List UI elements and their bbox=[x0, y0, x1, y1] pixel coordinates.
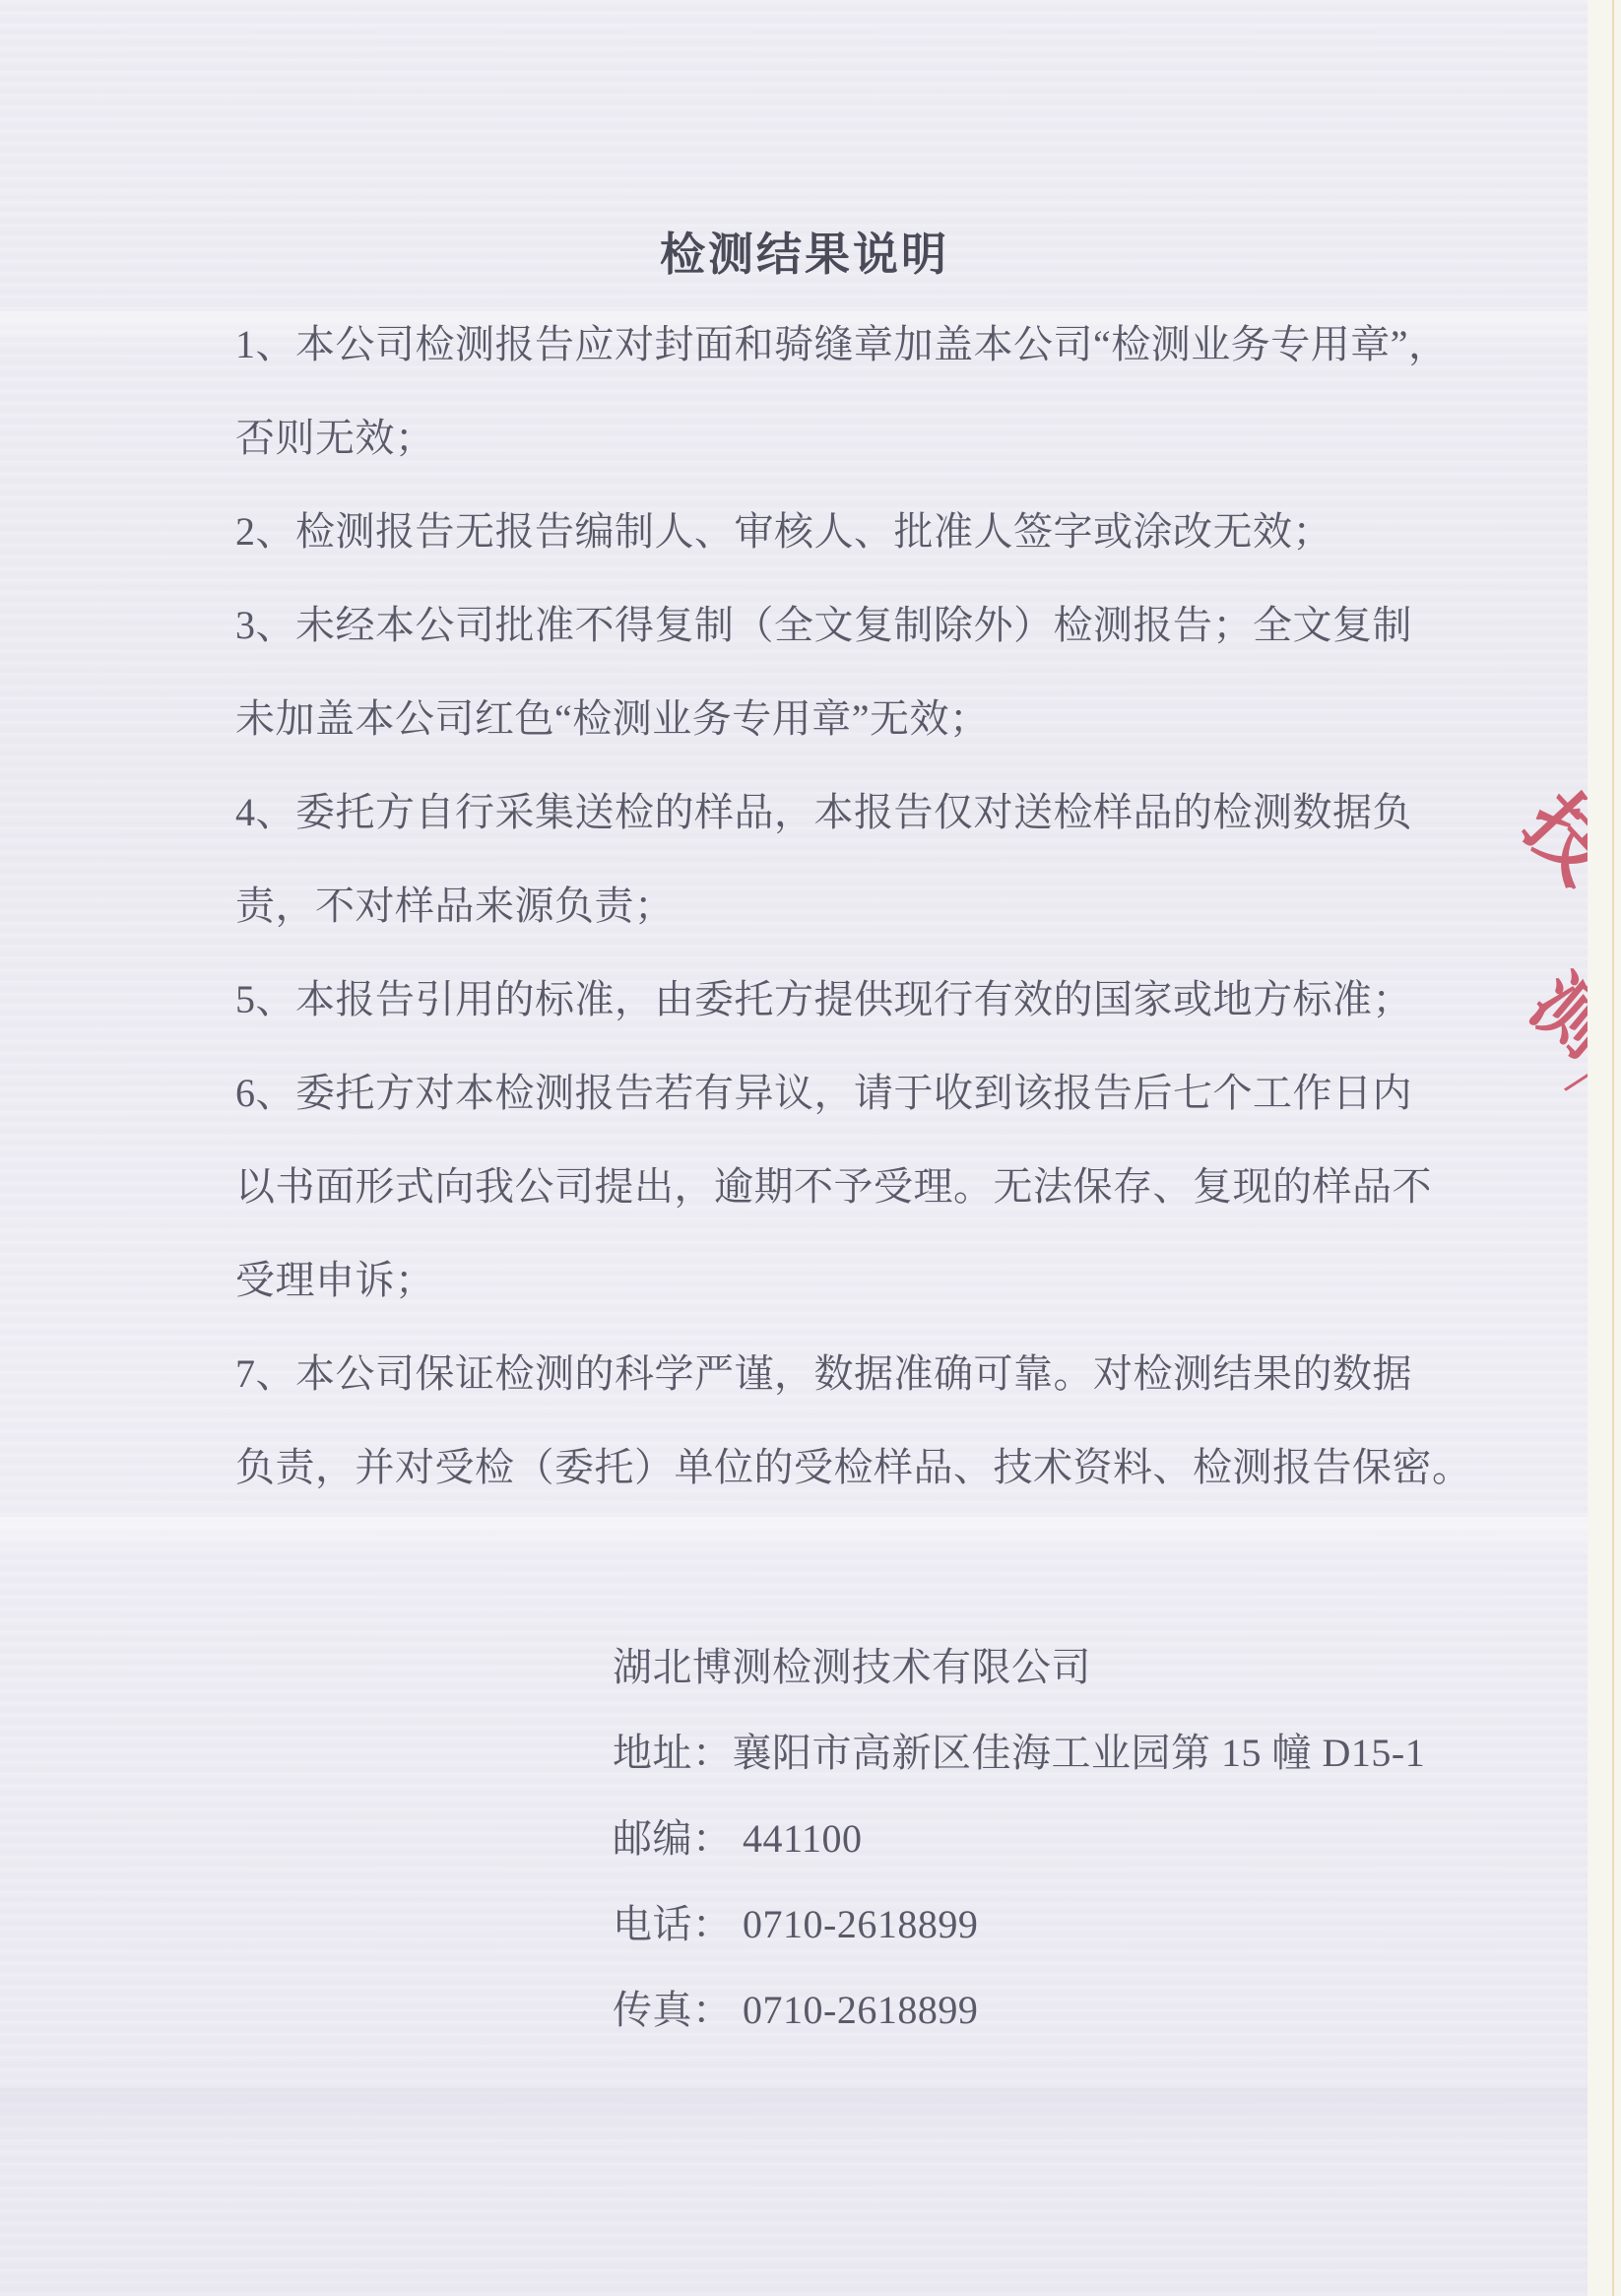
note-line: 受理申诉； bbox=[235, 1233, 1437, 1327]
company-fax: 传真： 0710-2618899 bbox=[613, 1967, 1425, 2053]
note-line: 7、本公司保证检测的科学严谨，数据准确可靠。对检测结果的数据 bbox=[235, 1327, 1437, 1420]
note-line: 1、本公司检测报告应对封面和骑缝章加盖本公司“检测业务专用章”， bbox=[235, 297, 1437, 391]
scanned-document-page: 检测结果说明 1、本公司检测报告应对封面和骑缝章加盖本公司“检测业务专用章”， … bbox=[0, 0, 1621, 2296]
note-line: 2、检测报告无报告编制人、审核人、批准人签字或涂改无效； bbox=[235, 485, 1437, 578]
note-line: 未加盖本公司红色“检测业务专用章”无效； bbox=[235, 672, 1437, 765]
note-line: 否则无效； bbox=[235, 391, 1437, 485]
note-line: 6、委托方对本检测报告若有异议，请于收到该报告后七个工作日内 bbox=[235, 1046, 1437, 1140]
note-line: 负责，并对受检（委托）单位的受检样品、技术资料、检测报告保密。 bbox=[235, 1420, 1437, 1514]
company-postal-code: 邮编： 441100 bbox=[613, 1796, 1425, 1881]
note-line: 以书面形式向我公司提出，逾期不予受理。无法保存、复现的样品不 bbox=[235, 1140, 1437, 1233]
note-line: 4、委托方自行采集送检的样品，本报告仅对送检样品的检测数据负 bbox=[235, 765, 1437, 859]
note-line: 3、未经本公司批准不得复制（全文复制除外）检测报告；全文复制 bbox=[235, 578, 1437, 672]
company-info-block: 湖北博测检测技术有限公司 地址：襄阳市高新区佳海工业园第 15 幢 D15-1 … bbox=[613, 1624, 1425, 2053]
company-name: 湖北博测检测技术有限公司 bbox=[613, 1624, 1425, 1710]
page-title: 检测结果说明 bbox=[660, 219, 949, 284]
note-line: 5、本报告引用的标准，由委托方提供现行有效的国家或地方标准； bbox=[235, 952, 1437, 1046]
note-line: 责，不对样品来源负责； bbox=[235, 859, 1437, 952]
company-phone: 电话： 0710-2618899 bbox=[613, 1881, 1425, 1967]
scanner-edge-strip bbox=[1588, 0, 1621, 2296]
company-address: 地址：襄阳市高新区佳海工业园第 15 幢 D15-1 bbox=[613, 1710, 1425, 1796]
result-notes: 1、本公司检测报告应对封面和骑缝章加盖本公司“检测业务专用章”， 否则无效； 2… bbox=[235, 297, 1437, 1514]
